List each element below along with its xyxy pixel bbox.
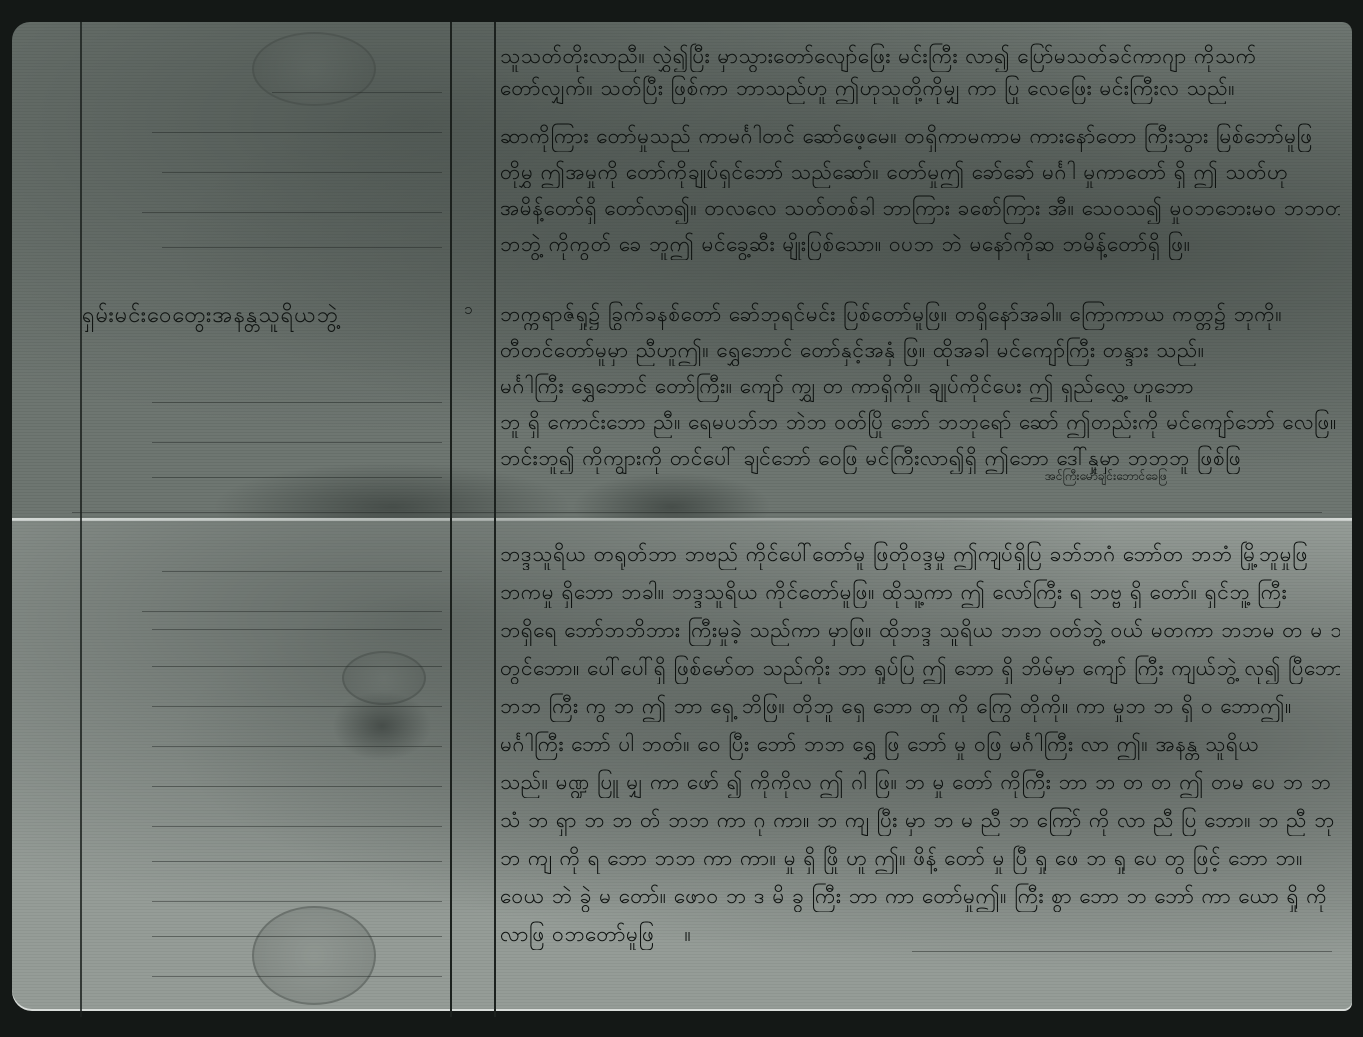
rule-line bbox=[152, 861, 442, 862]
rule-line bbox=[152, 786, 442, 787]
text-line: ဘဘွဲ့ ကိုကွတ် ခေ ဘူဤ မင်ခွေ့ဆီး မျိုးပြစ… bbox=[500, 228, 1340, 260]
rule-line bbox=[152, 132, 442, 133]
text-line: ဘက္ကရာဇ်ရှု၌ ခြွက်ခနစ်တော် ခော်ဘုရင်မင်း… bbox=[500, 298, 1340, 330]
text-line: ဘဒ္ဒသူရိယ တရုတ်ဘာ ဘဗည် ကိုင်ပေါ်တော်မူ ဖ… bbox=[500, 538, 1340, 570]
rule-line bbox=[272, 92, 442, 93]
rule-line bbox=[152, 826, 442, 827]
final-line-text: လာဖြ ဝဘတော်မူဖြ bbox=[500, 922, 655, 946]
end-mark: ။ bbox=[685, 918, 692, 950]
rule-line bbox=[152, 629, 442, 630]
text-line-final: လာဖြ ဝဘတော်မူဖြ။ bbox=[500, 918, 1340, 950]
text-line: တီတင်တော်မူမှာ ညီဟူဤ။ ရွှေဘောင် တော်နှင့… bbox=[500, 334, 1340, 366]
stain-ring-bottom bbox=[252, 906, 376, 1005]
manuscript-photo: ရှမ်းမင်းဝေတွေးအနန္တသူရိယဘွဲ့ ၁ သူသတ်တို… bbox=[0, 0, 1363, 1037]
stain-ring-top bbox=[252, 32, 376, 106]
rule-line bbox=[152, 402, 442, 403]
text-line: ဘကမှု ရှိဘော ဘခါ။ ဘဒ္ဒသူရိယ ကိုင်တော်မူဖ… bbox=[500, 576, 1340, 608]
rule-line bbox=[152, 477, 442, 478]
text-line: တွင်ဘော။ ပေါ်ပေါ်ရှိ ဖြစ်မော်တ သည်ကိုး ဘ… bbox=[500, 652, 1340, 684]
text-line: သူသတ်တိုးလာညီ။ လွှဲ၍ပြီး မှာသွားတော်လျော… bbox=[500, 40, 1340, 72]
text-line: မင်္ဂါကြီး ရွှေဘောင် တော်ကြီး။ ကျော် ကျွ… bbox=[500, 370, 1340, 402]
text-line: ဆာကိုကြား တော်မှုသည် ကာမင်္ဂါတင် ဆော်ဖေ့… bbox=[500, 120, 1340, 152]
text-line: သည်။ မဏ္ဍ ပြူ မျှ ကာ ဖော် ၍ ကိုကိုလ ဤ ဂါ… bbox=[500, 766, 1340, 798]
rule-line bbox=[72, 512, 1322, 513]
text-line: မင်္ဂါကြီး ဘော် ပါ ဘတ်။ ဝေ ပြီး ဘော် ဘဘ … bbox=[500, 728, 1340, 760]
section-heading: ရှမ်းမင်းဝေတွေးအနန္တသူရိယဘွဲ့ bbox=[82, 300, 339, 333]
rule-line bbox=[152, 936, 442, 937]
text-line: ဘင်းဘူ၍ ကိုကျွားကို တင်ပေါ် ချင်ဘော် ဝေဖ… bbox=[500, 442, 1340, 474]
page-fold bbox=[12, 518, 1352, 521]
column-divider-middle bbox=[450, 22, 452, 1017]
text-line: ဝေယ ဘဲ ခွဲ မ တော်။ ဖောဝ ဘ ဒ မိ ခွ ကြီး ဘ… bbox=[500, 880, 1340, 912]
rule-line bbox=[152, 442, 442, 443]
rule-line bbox=[162, 172, 442, 173]
rule-line bbox=[152, 976, 442, 977]
interlinear-annotation: အင်ကြီးမော်ချင်းဘောင်ခေဖြ bbox=[1045, 468, 1167, 486]
text-line: တိုမွှ ဤအမှုကို တော်ကိုချုပ်ရှင်ဘော် သည်… bbox=[500, 156, 1340, 188]
margin-number: ၁ bbox=[464, 300, 472, 322]
rule-line bbox=[912, 951, 1332, 952]
text-line: သံ ဘ ရှာ ဘ ဘ တ် ဘဘ ကာ ဂု ကာ။ ဘ ကျ ပြီး မ… bbox=[500, 804, 1340, 836]
text-line: ဘူ ရှိ ကောင်းဘော ညီ။ ရေမပဘ်ဘ ဘဲဘ ဝတ်ပြို… bbox=[500, 406, 1340, 438]
rule-line bbox=[152, 706, 442, 707]
rule-line bbox=[162, 247, 442, 248]
text-line: ဘရှိရေ ဘော်ဘဘိဘား ကြီးမှုခဲ့ သည်ကာ မှာဖြ… bbox=[500, 614, 1340, 646]
text-line: ဘဘ ကြီး ကွ ဘ ဤ ဘာ ရှေ့ ဘိဖြ။ တိုဘူ ရှေ ဘ… bbox=[500, 690, 1340, 722]
rule-line bbox=[162, 571, 442, 572]
column-divider-left bbox=[80, 22, 82, 1017]
stain-blot-left bbox=[332, 691, 432, 761]
text-line: တော်လျှက်။ သတ်ပြီး ဖြစ်ကာ ဘာသည်ဟူ ဤဟုသူတ… bbox=[500, 72, 1340, 104]
rule-line bbox=[142, 611, 442, 612]
rule-line bbox=[152, 666, 442, 667]
text-line: အမိန့်တော်ရှိ တော်လာ၍။ တလလေ သတ်တစ်ခါ ဘာက… bbox=[500, 192, 1340, 224]
rule-line bbox=[142, 212, 442, 213]
rule-line bbox=[152, 901, 442, 902]
rule-line bbox=[152, 746, 442, 747]
text-line: ဘ ကျ ကို ရ ဘော ဘဘ ကာ ကာ။ မှု ရှိ ဖြို ဟူ… bbox=[500, 842, 1340, 874]
column-divider-text bbox=[494, 22, 496, 1017]
